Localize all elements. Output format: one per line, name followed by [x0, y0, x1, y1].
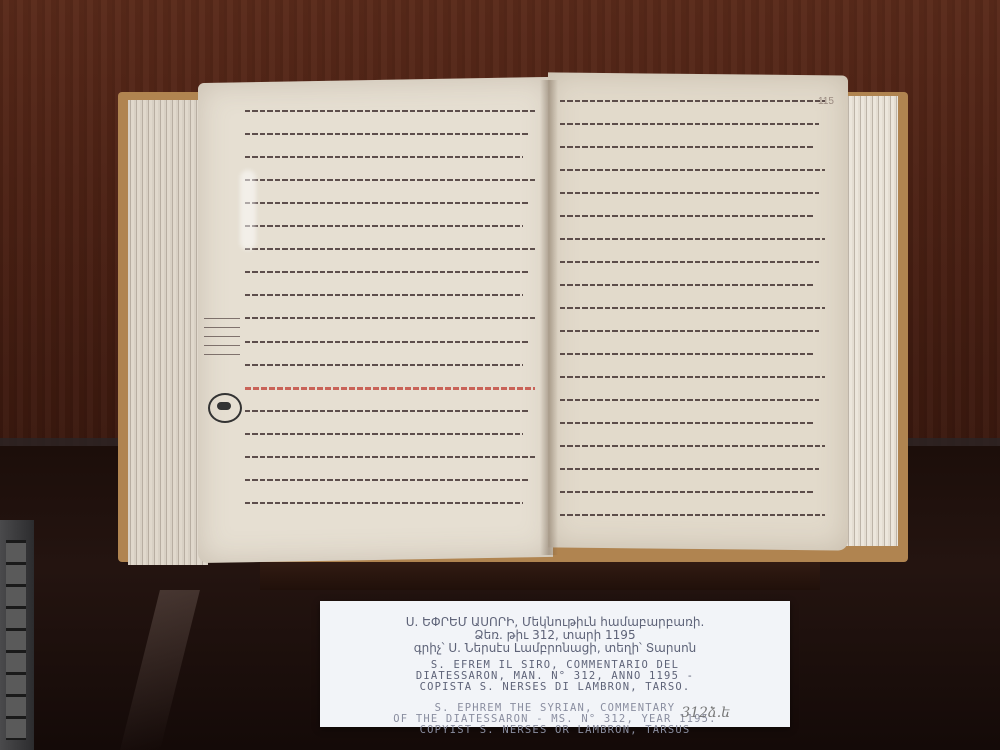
script-line — [245, 479, 529, 481]
script-line — [245, 364, 523, 366]
script-line — [245, 341, 529, 343]
script-line — [245, 179, 535, 181]
script-line — [245, 271, 529, 273]
script-line — [560, 422, 813, 424]
handwritten-code: 312ձ.ե — [681, 705, 730, 721]
script-line — [245, 410, 529, 412]
label-italian: S. Efrem il Siro, Commentario del Diates… — [320, 660, 790, 693]
display-case-frame — [0, 520, 34, 750]
label-armenian: Ս. ԵՓՐԵՄ ԱՍՈՐԻ, Մեկնութիւն համաբարբառի. … — [320, 601, 790, 655]
manuscript-left-page — [198, 77, 553, 563]
script-line — [560, 284, 813, 286]
script-line — [245, 110, 535, 112]
manuscript-right-page — [548, 72, 848, 550]
script-line — [560, 399, 819, 401]
script-line — [245, 387, 535, 390]
script-line — [245, 456, 535, 458]
script-line — [560, 353, 813, 355]
script-line — [560, 445, 825, 447]
script-line — [560, 468, 819, 470]
script-line — [245, 294, 523, 296]
script-line — [560, 146, 813, 148]
script-line — [245, 248, 535, 250]
page-edges-left — [128, 100, 208, 565]
script-line — [245, 156, 523, 158]
page-edges-right — [840, 96, 898, 546]
script-line — [560, 514, 825, 516]
script-line — [245, 202, 529, 204]
marginal-note — [204, 318, 240, 356]
script-line — [560, 100, 825, 102]
script-line — [560, 215, 813, 217]
book-gutter — [540, 80, 558, 555]
script-line — [560, 330, 819, 332]
script-line — [560, 376, 825, 378]
label-line: copista S. Nerses di Lambron, Tarso. — [320, 682, 790, 693]
library-stamp-icon — [208, 393, 242, 423]
script-line — [245, 133, 529, 135]
script-line — [245, 225, 523, 227]
script-line — [560, 123, 819, 125]
glass-glare — [240, 170, 256, 250]
script-line — [245, 502, 523, 504]
exhibit-label: Ս. ԵՓՐԵՄ ԱՍՈՐԻ, Մեկնութիւն համաբարբառի. … — [320, 601, 790, 727]
script-line — [245, 433, 523, 435]
script-line — [560, 192, 819, 194]
script-line — [245, 317, 535, 319]
label-line: copyist S. Nerses or Lambron, Tarsus — [320, 725, 790, 736]
script-line — [560, 238, 825, 240]
script-line — [560, 491, 813, 493]
label-line: գրիչ՝ Ս. Ներսէս Լամբրոնացի, տեղի՝ Տարսոն — [320, 642, 790, 655]
script-line — [560, 307, 825, 309]
script-line — [560, 169, 825, 171]
script-line — [560, 261, 819, 263]
